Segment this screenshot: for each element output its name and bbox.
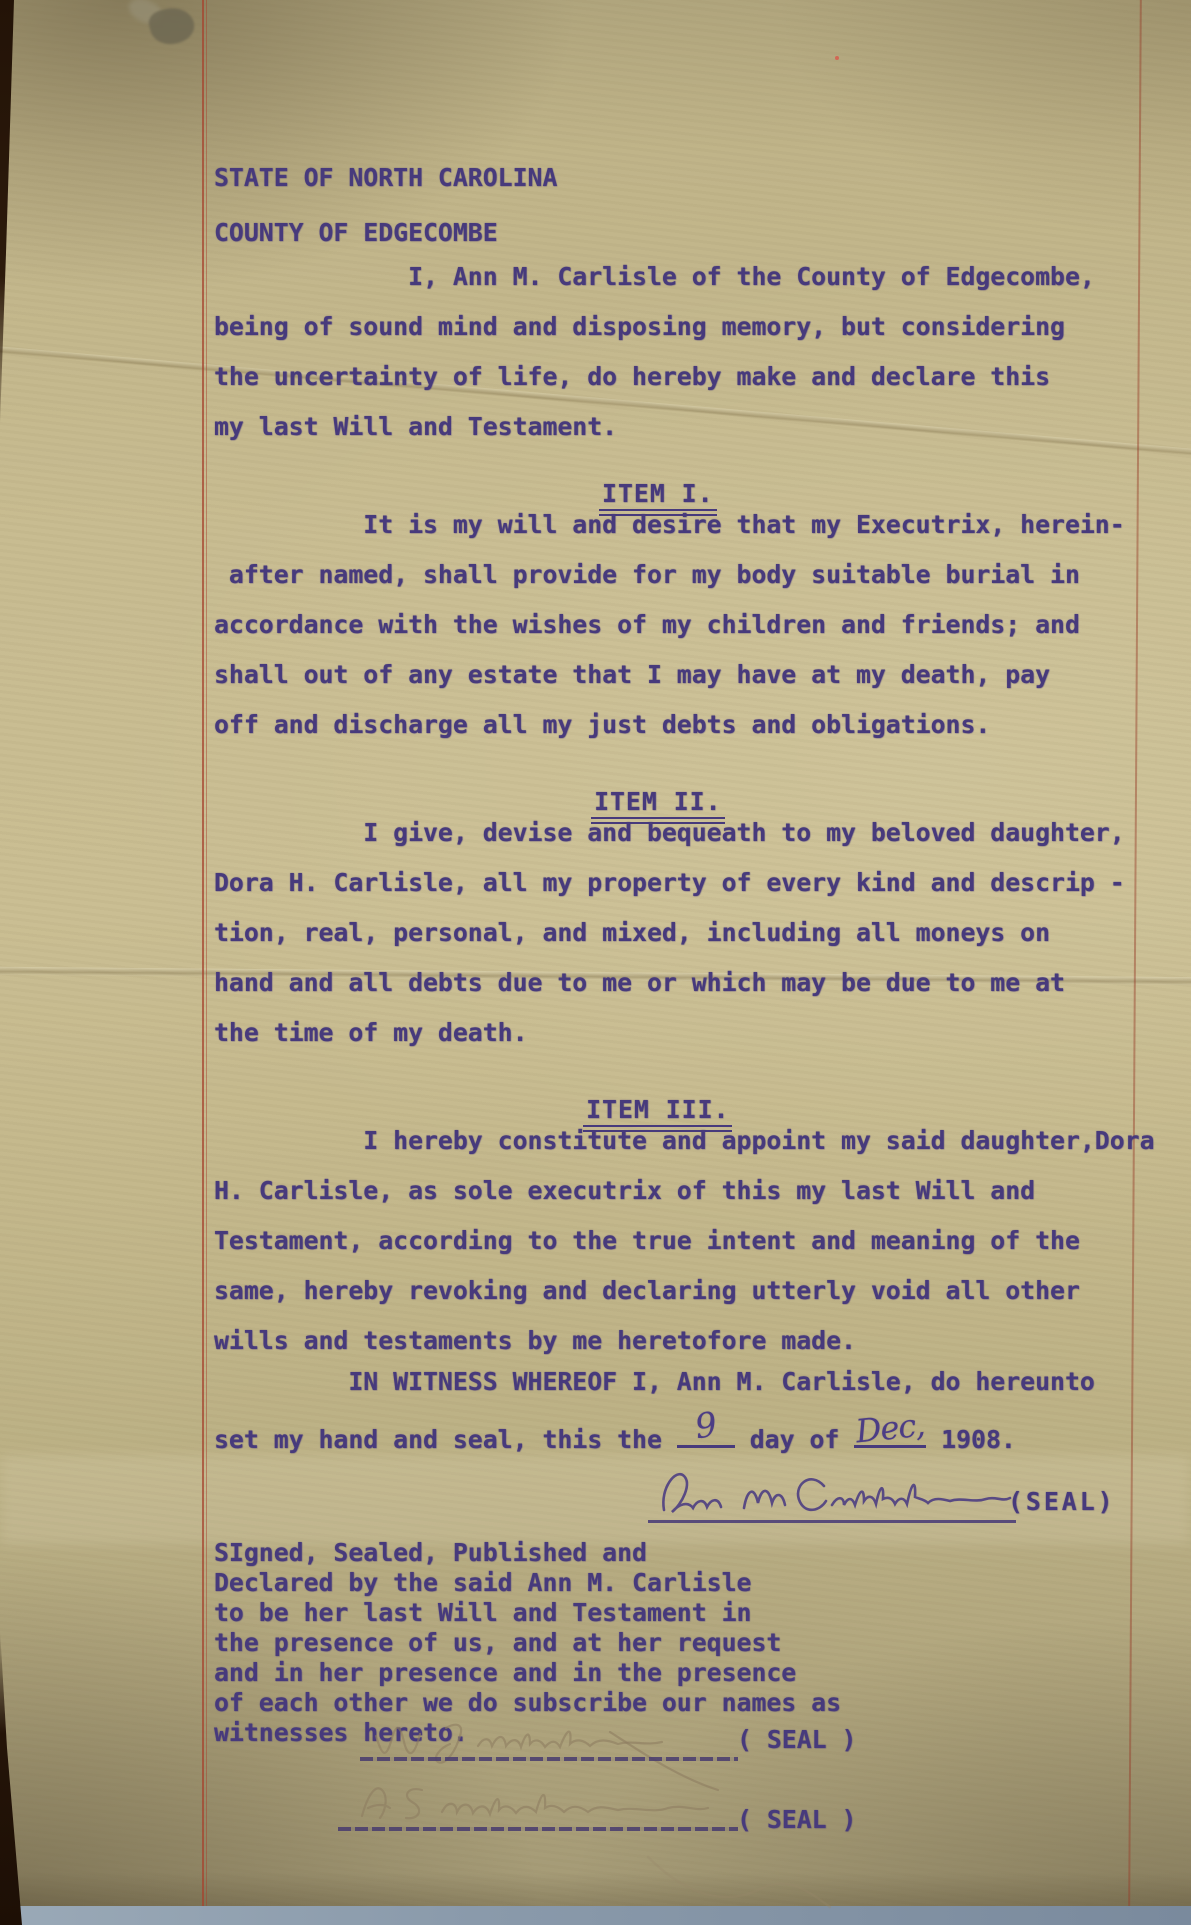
typewritten-line: to be her last Will and Testament in (214, 1598, 841, 1628)
typewritten-line: STATE OF NORTH CAROLINA (214, 150, 557, 205)
typewritten-line: off and discharge all my just debts and … (214, 700, 1125, 750)
typewritten-line: Testament, according to the true intent … (214, 1216, 1155, 1266)
witness-2-seal-label: ( SEAL ) (737, 1805, 856, 1834)
typewritten-line: shall out of any estate that I may have … (214, 650, 1125, 700)
item-2-paragraph: I give, devise and bequeath to my belove… (214, 808, 1125, 1058)
item-1-paragraph: It is my will and desire that my Executr… (214, 500, 1125, 750)
typewritten-line: accordance with the wishes of my childre… (214, 600, 1125, 650)
typewritten-line: tion, real, personal, and mixed, includi… (214, 908, 1125, 958)
day-blank: 9 (677, 1418, 735, 1448)
typewritten-line: I, Ann M. Carlisle of the County of Edge… (214, 252, 1095, 302)
witness-2-signature-line (338, 1827, 738, 1831)
typewritten-line: the presence of us, and at her request (214, 1628, 841, 1658)
table-surface (0, 1904, 1191, 1925)
stray-pencil-mark (640, 1845, 860, 1915)
red-margin-line-left (202, 0, 207, 1906)
typewritten-line: wills and testaments by me heretofore ma… (214, 1316, 1155, 1366)
typewritten-line: the time of my death. (214, 1008, 1125, 1058)
witness-1-seal-label: ( SEAL ) (737, 1725, 856, 1754)
red-speck (835, 56, 839, 60)
typewritten-line: being of sound mind and disposing memory… (214, 302, 1095, 352)
typewritten-line: my last Will and Testament. (214, 402, 1095, 452)
red-margin-line-right (1128, 0, 1142, 1906)
document-header: STATE OF NORTH CAROLINACOUNTY OF EDGECOM… (214, 150, 557, 260)
background-edge-top-left (0, 0, 18, 460)
execution-suffix: 1908. (926, 1425, 1016, 1454)
typewritten-line: H. Carlisle, as sole executrix of this m… (214, 1166, 1155, 1216)
testator-signature-handwriting (652, 1460, 1022, 1524)
witness-2-signature-handwriting (350, 1770, 760, 1834)
typewritten-line: I give, devise and bequeath to my belove… (214, 808, 1125, 858)
typewritten-line: and in her presence and in the presence (214, 1658, 841, 1688)
execution-middle: day of (735, 1425, 854, 1454)
testator-signature-underline (648, 1520, 1016, 1523)
witness-1-signature-line (360, 1757, 738, 1761)
execution-line: set my hand and seal, this the 9 day of … (214, 1417, 1016, 1463)
typewritten-line: I hereby constitute and appoint my said … (214, 1116, 1155, 1166)
execution-prefix: set my hand and seal, this the (214, 1425, 677, 1454)
paper-sheet: STATE OF NORTH CAROLINACOUNTY OF EDGECOM… (0, 0, 1191, 1906)
handwritten-month: Dec, (854, 1402, 927, 1455)
month-blank: Dec, (854, 1418, 926, 1448)
intro-paragraph: I, Ann M. Carlisle of the County of Edge… (214, 252, 1095, 452)
paper-bottom-shadow (0, 1872, 1191, 1906)
item-3-paragraph: I hereby constitute and appoint my said … (214, 1116, 1155, 1366)
typewritten-line: the uncertainty of life, do hereby make … (214, 352, 1095, 402)
typewritten-line: SIgned, Sealed, Published and (214, 1538, 841, 1568)
typewritten-line: hand and all debts due to me or which ma… (214, 958, 1125, 1008)
typewritten-line: Dora H. Carlisle, all my property of eve… (214, 858, 1125, 908)
witness-clause: IN WITNESS WHEREOF I, Ann M. Carlisle, d… (214, 1367, 1095, 1396)
photographed-will-document: STATE OF NORTH CAROLINACOUNTY OF EDGECOM… (0, 0, 1191, 1925)
typewritten-line: Declared by the said Ann M. Carlisle (214, 1568, 841, 1598)
typewritten-line: It is my will and desire that my Executr… (214, 500, 1125, 550)
testator-seal-label: (SEAL) (1008, 1487, 1116, 1516)
typewritten-line: same, hereby revoking and declaring utte… (214, 1266, 1155, 1316)
handwritten-day: 9 (692, 1402, 720, 1451)
typewritten-line: after named, shall provide for my body s… (214, 550, 1125, 600)
